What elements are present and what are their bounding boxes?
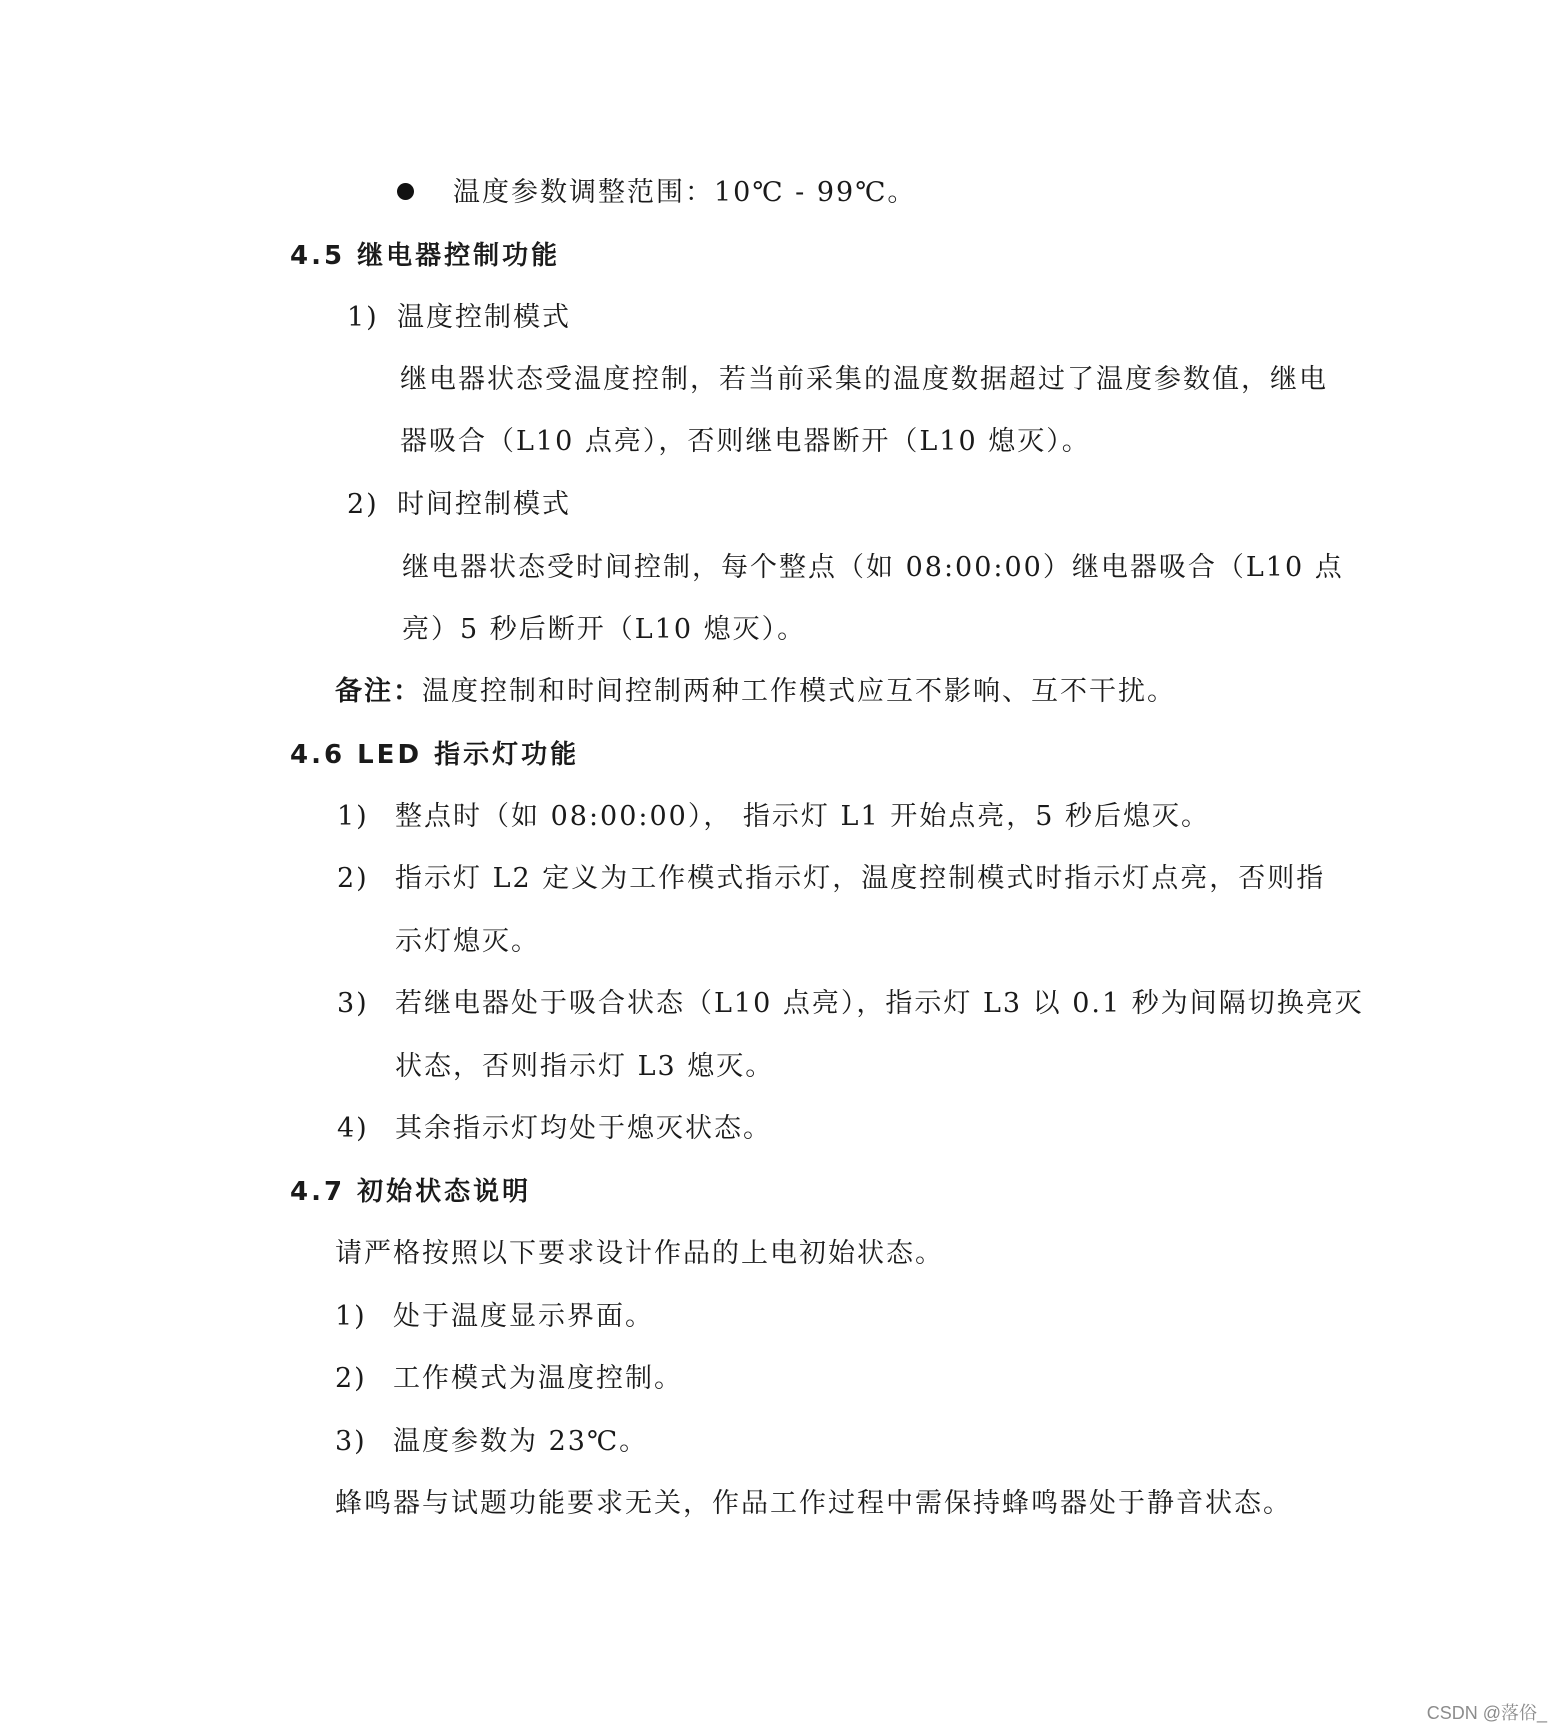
section-heading-4-6: 4.6 LED 指示灯功能 <box>290 738 579 772</box>
list-item-text: 指示灯 L2 定义为工作模式指示灯，温度控制模式时指示灯点亮，否则指 <box>395 863 1325 894</box>
list-item: 2)工作模式为温度控制。 <box>335 1362 683 1396</box>
watermark: CSDN @落俗_ <box>1427 1699 1547 1725</box>
list-item: 3)温度参数为 23℃。 <box>335 1425 648 1459</box>
list-number: 4) <box>337 1112 395 1146</box>
list-item: 1)处于温度显示界面。 <box>335 1300 654 1334</box>
list-number: 2) <box>347 488 397 522</box>
temperature-range-text: 温度参数调整范围：10℃ - 99℃。 <box>453 176 916 210</box>
paragraph-line: 器吸合（L10 点亮），否则继电器断开（L10 熄灭）。 <box>400 425 1091 459</box>
list-item: 1)整点时（如 08:00:00）， 指示灯 L1 开始点亮，5 秒后熄灭。 <box>337 800 1210 834</box>
list-item: 3)若继电器处于吸合状态（L10 点亮），指示灯 L3 以 0.1 秒为间隔切换… <box>337 987 1364 1021</box>
list-item: 2)指示灯 L2 定义为工作模式指示灯，温度控制模式时指示灯点亮，否则指 <box>337 862 1325 896</box>
list-item-text: 处于温度显示界面。 <box>393 1301 654 1332</box>
note-label: 备注： <box>335 676 422 707</box>
intro-text: 请严格按照以下要求设计作品的上电初始状态。 <box>335 1237 944 1271</box>
section-heading-4-5: 4.5 继电器控制功能 <box>290 239 560 273</box>
footer-note: 蜂鸣器与试题功能要求无关，作品工作过程中需保持蜂鸣器处于静音状态。 <box>335 1487 1292 1521</box>
list-item-title: 温度控制模式 <box>397 302 571 333</box>
list-number: 2) <box>335 1362 393 1396</box>
list-number: 3) <box>335 1425 393 1459</box>
section-heading-4-7: 4.7 初始状态说明 <box>290 1175 531 1209</box>
list-item-text: 工作模式为温度控制。 <box>393 1363 683 1394</box>
note-line: 备注：温度控制和时间控制两种工作模式应互不影响、互不干扰。 <box>335 675 1176 709</box>
list-number: 1) <box>347 301 397 335</box>
note-text: 温度控制和时间控制两种工作模式应互不影响、互不干扰。 <box>422 676 1176 707</box>
bullet-icon <box>397 183 414 200</box>
list-item-text: 若继电器处于吸合状态（L10 点亮），指示灯 L3 以 0.1 秒为间隔切换亮灭 <box>395 988 1364 1019</box>
list-item-text: 温度参数为 23℃。 <box>393 1426 648 1457</box>
paragraph-line: 继电器状态受时间控制，每个整点（如 08:00:00）继电器吸合（L10 点 <box>402 551 1344 585</box>
list-number: 2) <box>337 862 395 896</box>
list-item-time-mode: 2)时间控制模式 <box>347 488 571 522</box>
list-item: 4)其余指示灯均处于熄灭状态。 <box>337 1112 772 1146</box>
paragraph-line: 继电器状态受温度控制，若当前采集的温度数据超过了温度参数值，继电 <box>400 363 1328 397</box>
paragraph-line: 示灯熄灭。 <box>395 925 540 959</box>
list-item-text: 其余指示灯均处于熄灭状态。 <box>395 1113 772 1144</box>
list-number: 1) <box>337 800 395 834</box>
list-number: 3) <box>337 987 395 1021</box>
list-item-temp-mode: 1)温度控制模式 <box>347 301 571 335</box>
paragraph-line: 状态，否则指示灯 L3 熄灭。 <box>395 1050 774 1084</box>
list-item-text: 整点时（如 08:00:00）， 指示灯 L1 开始点亮，5 秒后熄灭。 <box>395 801 1210 832</box>
list-number: 1) <box>335 1300 393 1334</box>
list-item-title: 时间控制模式 <box>397 489 571 520</box>
paragraph-line: 亮）5 秒后断开（L10 熄灭）。 <box>402 613 806 647</box>
